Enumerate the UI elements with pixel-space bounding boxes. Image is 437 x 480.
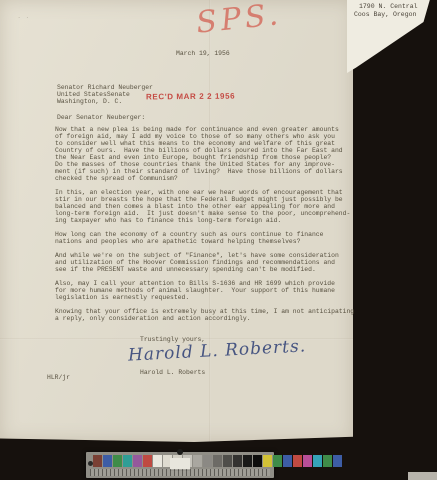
color-patch bbox=[263, 455, 272, 467]
color-patch bbox=[153, 455, 162, 467]
color-patch bbox=[283, 455, 292, 467]
color-patch bbox=[123, 455, 132, 467]
paragraph-economy: How long can the economy of a country su… bbox=[55, 231, 355, 245]
color-patch bbox=[323, 455, 332, 467]
color-patch bbox=[313, 455, 322, 467]
recipient-address: Senator Richard Neuberger United StatesS… bbox=[57, 84, 153, 105]
paragraph-humane-bills: Also, may I call your attention to Bills… bbox=[55, 280, 355, 301]
color-patch bbox=[333, 455, 342, 467]
color-patch bbox=[293, 455, 302, 467]
color-patch bbox=[213, 455, 222, 467]
faint-pencil-marks: .. bbox=[18, 12, 58, 22]
color-patch bbox=[273, 455, 282, 467]
color-patch bbox=[103, 455, 112, 467]
scan-corner-artifact bbox=[408, 472, 437, 480]
color-patch bbox=[143, 455, 152, 467]
color-patch bbox=[93, 455, 102, 467]
corner-address-note: 1790 N. Central Coos Bay, Oregon bbox=[347, 0, 437, 76]
typist-initials: HLR/jr bbox=[47, 374, 70, 381]
letter-body: Now that a new plea is being made for co… bbox=[55, 126, 355, 329]
salutation: Dear Senator Neuberger: bbox=[57, 114, 145, 121]
color-patch bbox=[303, 455, 312, 467]
received-date-stamp: REC'D MAR 2 2 1956 bbox=[146, 92, 235, 102]
paragraph-election-year: In this, an election year, with one ear … bbox=[55, 189, 355, 224]
typed-name: Harold L. Roberts bbox=[140, 369, 205, 376]
color-patch bbox=[133, 455, 142, 467]
note-street-line: 1790 N. Central bbox=[347, 0, 437, 11]
paragraph-hoover-commission: And while we're on the subject of "Finan… bbox=[55, 252, 355, 273]
ruler-scale bbox=[90, 469, 270, 476]
color-patch bbox=[193, 455, 202, 467]
color-bar-patches bbox=[93, 455, 343, 467]
note-city-line: Coos Bay, Oregon bbox=[347, 11, 437, 19]
paragraph-no-reply: Knowing that your office is extremely bu… bbox=[55, 308, 355, 322]
color-patch bbox=[243, 455, 252, 467]
color-patch bbox=[203, 455, 212, 467]
color-patch bbox=[223, 455, 232, 467]
paragraph-foreign-aid: Now that a new plea is being made for co… bbox=[55, 126, 355, 182]
letter-date: March 19, 1956 bbox=[176, 50, 230, 57]
color-patch bbox=[233, 455, 242, 467]
color-patch bbox=[113, 455, 122, 467]
color-patch bbox=[253, 455, 262, 467]
color-calibration-bar bbox=[86, 452, 274, 478]
